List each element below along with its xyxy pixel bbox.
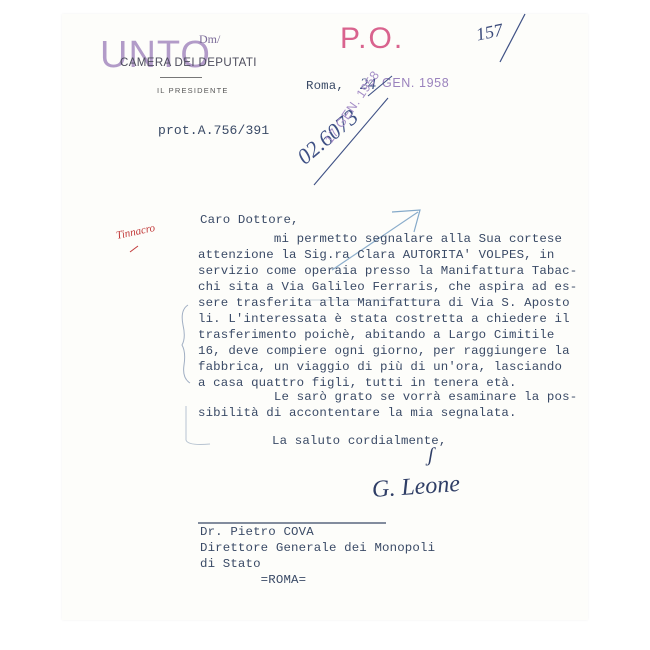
letterhead-office: IL PRESIDENTE xyxy=(157,86,229,95)
body-line: fabbrica, un viaggio di più di un'ora, l… xyxy=(198,360,562,375)
body-line: mi permetto segnalare alla Sua cortese xyxy=(198,232,562,247)
body-line: sere trasferita alla Manifattura di Via … xyxy=(198,296,570,311)
date-stamp: GEN. 1958 xyxy=(382,76,449,90)
body-line: Le sarò grato se vorrà esaminare la pos- xyxy=(198,390,577,405)
closing: La saluto cordialmente, xyxy=(272,434,446,449)
dm-annotation: Dm/ xyxy=(199,32,220,47)
salutation: Caro Dottore, xyxy=(200,213,299,228)
recipient-line: Dr. Pietro COVA xyxy=(200,525,314,540)
body-line: servizio come operaia presso la Manifatt… xyxy=(198,264,577,279)
signature-flourish: ʃ xyxy=(428,444,434,467)
unto-stamp: UNTO xyxy=(100,34,211,77)
body-line: a casa quattro figli, tutti in tenera et… xyxy=(198,376,517,391)
body-line: 16, deve compiere ogni giorno, per raggi… xyxy=(198,344,570,359)
body-line: chi sita a Via Galileo Ferraris, che asp… xyxy=(198,280,577,295)
body-line: sibilità di accontentare la mia segnalat… xyxy=(198,406,517,421)
body-line: li. L'interessata è stata costretta a ch… xyxy=(198,312,570,327)
protocol-number: prot.A.756/391 xyxy=(158,123,269,138)
recipient-line: =ROMA= xyxy=(200,573,306,588)
body-line: attenzione la Sig.ra Clara AUTORITA' VOL… xyxy=(198,248,555,263)
letterhead-rule xyxy=(160,77,202,78)
roma-label: Roma, xyxy=(306,79,344,94)
body-line: trasferimento poichè, abitando a Largo C… xyxy=(198,328,555,343)
po-mark: P.O. xyxy=(340,22,404,56)
letterhead-institution: CAMERA DEI DEPUTATI xyxy=(120,57,257,69)
recipient-line: di Stato xyxy=(200,557,261,572)
recipient-line: Direttore Generale dei Monopoli xyxy=(200,541,435,556)
